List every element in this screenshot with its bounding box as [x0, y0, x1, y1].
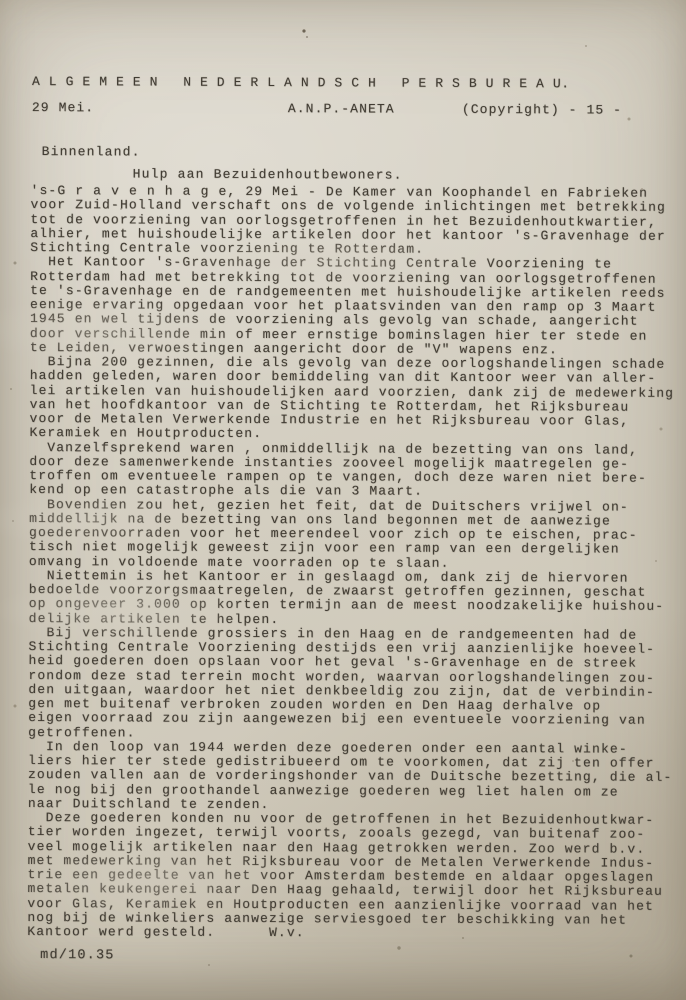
paragraph-8: In den loop van 1944 werden deze goedere… — [28, 740, 673, 814]
dateline-row: 29 Mei. A.N.P.-ANETA (Copyright) - 15 - — [32, 100, 666, 103]
article-headline: Hulp aan Bezuidenhoutbewoners. — [133, 166, 403, 182]
scanned-document-page: A L G E M E E N N E D E R L A N D S C H … — [0, 0, 686, 1000]
section-heading: Binnenland. — [42, 144, 141, 159]
paragraph-3: Bijna 200 gezinnen, die als gevolg van d… — [29, 355, 674, 443]
copyright-notice: (Copyright) - 15 - — [462, 102, 622, 118]
document-text-layer: A L G E M E E N N E D E R L A N D S C H … — [0, 0, 686, 1000]
paragraph-4: Vanzelfsprekend waren , onmiddellijk na … — [29, 441, 674, 501]
paragraph-6: Niettemin is het Kantoor er in geslaagd … — [29, 569, 674, 629]
paragraph-5: Bovendien zou het, gezien het feit, dat … — [29, 498, 674, 572]
paragraph-9: Deze goederen konden nu voor de getroffe… — [27, 811, 672, 942]
article-body: 's-G r a v e n h a g e, 29 Mei - De Kame… — [27, 184, 675, 942]
paragraph-2: Het Kantoor 's-Gravenhage der Stichting … — [30, 255, 675, 358]
paragraph-7: Bij verschillende grossiers in den Haag … — [28, 626, 673, 743]
typist-reference: md/10.35 — [40, 948, 114, 963]
agency-name: A.N.P.-ANETA — [288, 101, 395, 116]
masthead-title: A L G E M E E N N E D E R L A N D S C H … — [32, 74, 570, 91]
paragraph-1: 's-G r a v e n h a g e, 29 Mei - De Kame… — [30, 184, 675, 258]
issue-date: 29 Mei. — [32, 100, 94, 115]
